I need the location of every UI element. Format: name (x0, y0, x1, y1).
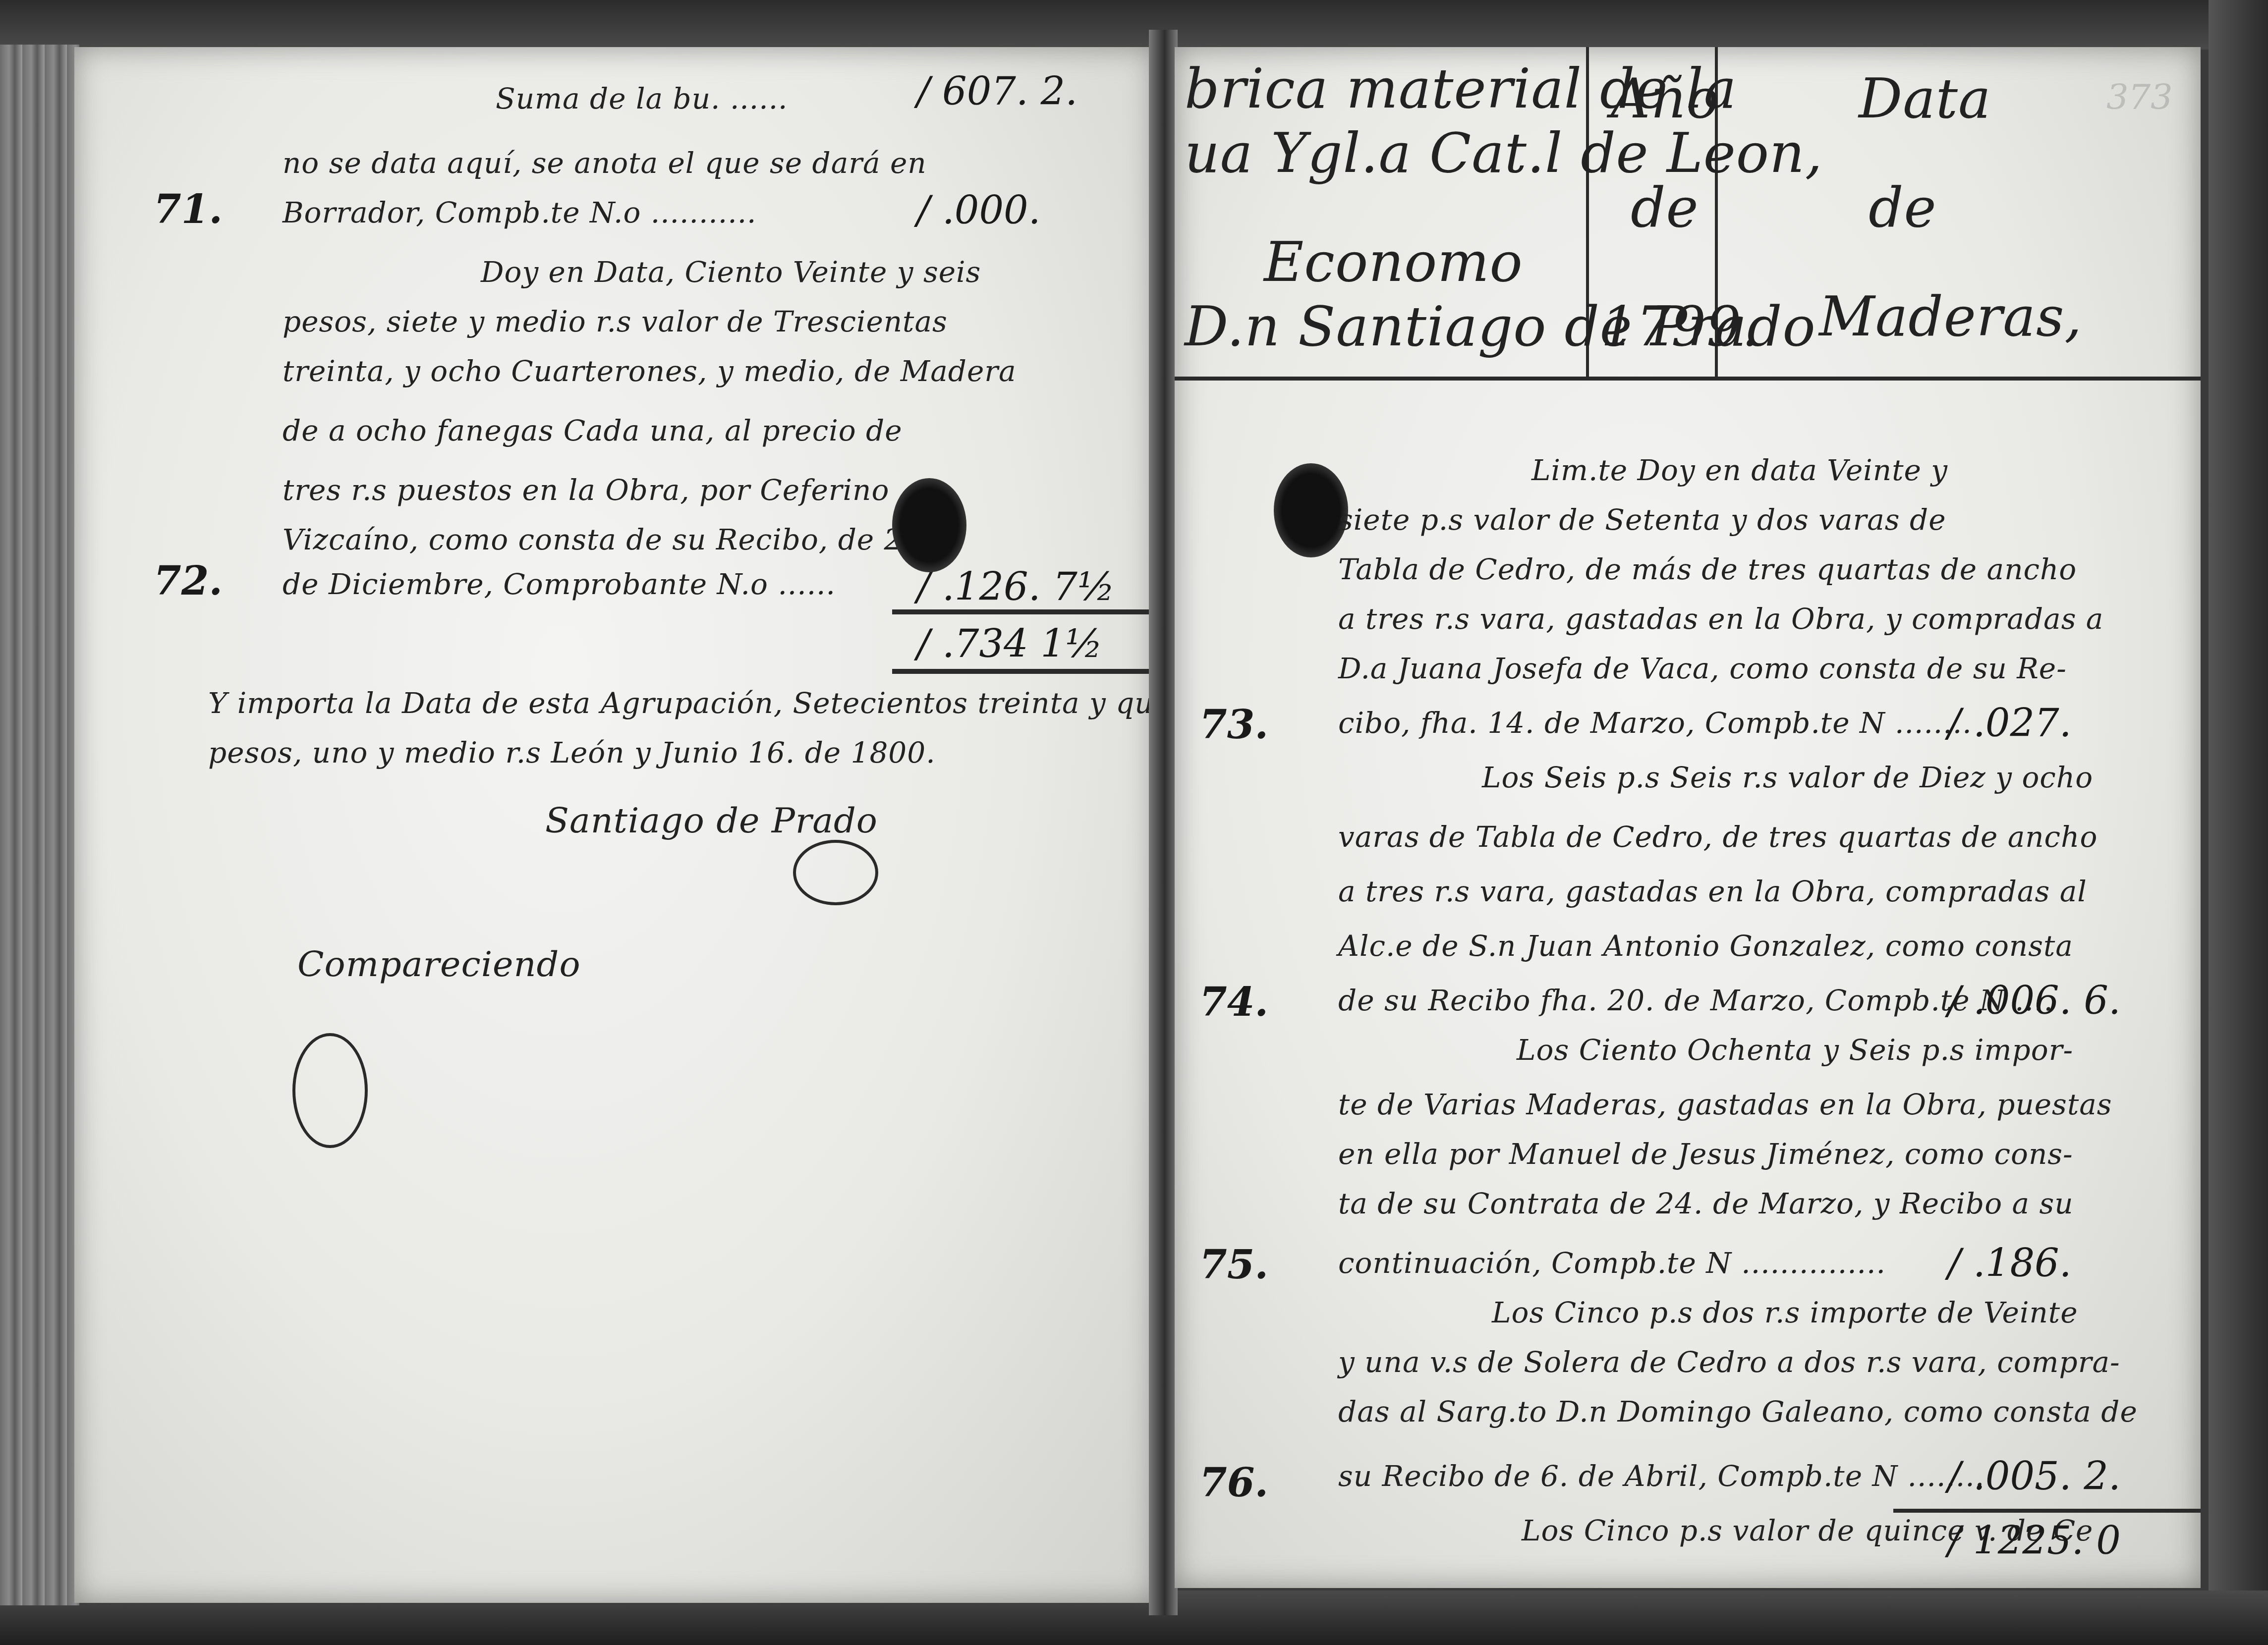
entry-71-line-2: Borrador, Compb.te N.o ........... (283, 196, 757, 229)
header-economo: Economo (1264, 230, 1523, 294)
right-page: 373 brica material de la ua Ygl.a Cat.l … (1175, 47, 2201, 1588)
entry-71-line-1: no se data aquí, se anota el que se dará… (283, 146, 927, 180)
running-total-rule (1893, 1509, 2201, 1513)
signature-rubric (793, 840, 878, 905)
entry-75-line-3: en ella por Manuel de Jesus Jiménez, com… (1338, 1137, 2073, 1171)
entry-72-amount: / .126. 7½ (917, 565, 1115, 609)
header-bottom-rule (1175, 377, 2201, 381)
entry-73-line-4: a tres r.s vara, gastadas en la Obra, y … (1338, 602, 2103, 636)
entry-73-line-1: Lim.te Doy en data Veinte y (1531, 453, 1948, 487)
entry-75-line-5: continuación, Compb.te N ............... (1338, 1246, 1886, 1280)
left-page: Suma de la bu. ...... / 607. 2. no se da… (74, 47, 1155, 1603)
entry-73-line-5: D.a Juana Josefa de Vaca, como consta de… (1338, 652, 2067, 685)
running-total: / 1225. 0 (1948, 1519, 2121, 1563)
carry-line-label: Suma de la bu. ...... (496, 82, 788, 115)
entry-75-line-2: te de Varias Maderas, gastadas en la Obr… (1338, 1088, 2112, 1121)
header-year-label: Año (1611, 67, 1720, 130)
entry-75-line-4: ta de su Contrata de 24. de Marzo, y Rec… (1338, 1187, 2074, 1220)
entry-74-number: 74. (1199, 979, 1268, 1025)
entry-76-line-4: su Recibo de 6. de Abril, Compb.te N ...… (1338, 1459, 1984, 1493)
header-year-value: 1799. (1601, 295, 1759, 358)
header-section-maderas: Maderas, (1819, 285, 2082, 348)
entry-71-amount: / .000. (917, 188, 1041, 233)
book-gutter (1149, 30, 1178, 1615)
header-title-line-2: ua Ygl.a Cat.l de Leon, (1185, 121, 1823, 185)
entry-73-number: 73. (1199, 701, 1268, 748)
closing-line-1: Y importa la Data de esta Agrupación, Se… (208, 686, 1215, 720)
entry-71-number: 71. (154, 186, 223, 232)
subtotal-rule (892, 609, 1150, 614)
entry-73-amount: / .027. (1948, 701, 2072, 746)
entry-72-line-6: Vizcaíno, como consta de su Recibo, de 2… (283, 523, 931, 556)
entry-75-amount: / .186. (1948, 1241, 2072, 1286)
scan-background-top (0, 0, 2268, 50)
entry-72-line-7: de Diciembre, Comprobante N.o ...... (283, 567, 836, 601)
faint-folio-number: 373 (2106, 77, 2173, 117)
left-page-total: / .734 1½ (917, 622, 1103, 666)
binding-hole (1274, 463, 1348, 557)
closing-line-2: pesos, uno y medio r.s León y Junio 16. … (208, 736, 936, 769)
entry-74-amount: / .006. 6. (1948, 979, 2121, 1023)
page-edges-stack (0, 45, 79, 1605)
entry-72-line-4: de a ocho fanegas Cada una, al precio de (283, 414, 903, 447)
entry-72-line-3: treinta, y ocho Cuarterones, y medio, de… (283, 354, 1017, 388)
entry-75-line-1: Los Ciento Ochenta y Seis p.s impor- (1517, 1033, 2073, 1067)
entry-74-line-4: Alc.e de S.n Juan Antonio Gonzalez, como… (1338, 929, 2073, 963)
entry-75-number: 75. (1199, 1241, 1268, 1288)
entry-74-line-5: de su Recibo fha. 20. de Marzo, Compb.te… (1338, 984, 2053, 1017)
entry-76-number: 76. (1199, 1459, 1268, 1506)
entry-72-line-5: tres r.s puestos en la Obra, por Ceferin… (283, 473, 889, 507)
header-section-data: Data (1859, 67, 1991, 130)
entry-76-line-3: das al Sarg.to D.n Domingo Galeano, como… (1338, 1395, 2138, 1428)
note-rubric (292, 1033, 368, 1148)
entry-72-number: 72. (154, 557, 223, 604)
entry-76-amount: / .005. 2. (1948, 1454, 2121, 1499)
entry-73-line-2: siete p.s valor de Setenta y dos varas d… (1338, 503, 1946, 537)
scan-background-right (2209, 0, 2268, 1645)
entry-74-line-2: varas de Tabla de Cedro, de tres quartas… (1338, 820, 2098, 854)
entry-74-line-3: a tres r.s vara, gastadas en la Obra, co… (1338, 875, 2087, 908)
signature: Santiago de Prado (545, 800, 878, 841)
entry-72-line-1: Doy en Data, Ciento Veinte y seis (481, 255, 981, 289)
note-compareciendo: Compareciendo (297, 944, 581, 985)
entry-76-line-2: y una v.s de Solera de Cedro a dos r.s v… (1338, 1345, 2120, 1379)
total-rule (892, 669, 1150, 674)
entry-76-line-1: Los Cinco p.s dos r.s importe de Veinte (1492, 1296, 2078, 1329)
entry-73-line-3: Tabla de Cedro, de más de tres quartas d… (1338, 552, 2077, 586)
carry-line-amount: / 607. 2. (917, 69, 1077, 114)
entry-73-line-6: cibo, fha. 14. de Marzo, Compb.te N ....… (1338, 706, 1972, 740)
header-section-de: de (1869, 176, 1937, 239)
entry-74-line-1: Los Seis p.s Seis r.s valor de Diez y oc… (1482, 761, 2093, 794)
binding-hole (892, 478, 966, 572)
entry-72-line-2: pesos, siete y medio r.s valor de Tresci… (283, 305, 948, 338)
header-year-de: de (1631, 176, 1699, 239)
